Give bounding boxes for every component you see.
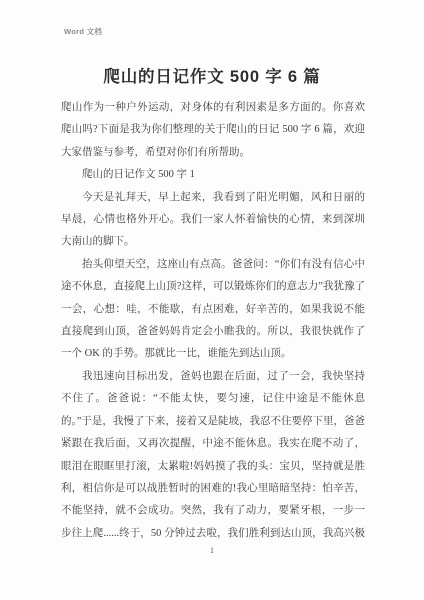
document-title: 爬山的日记作文 500 字 6 篇: [0, 63, 424, 87]
document-body: 爬山作为一种户外运动，对身体的有利因素是多方面的。你喜欢爬山吗?下面是我为你们整…: [61, 97, 365, 549]
document-paragraph: 爬山作为一种户外运动，对身体的有利因素是多方面的。你喜欢爬山吗?下面是我为你们整…: [61, 97, 365, 164]
word-document-label: Word 文档: [64, 26, 102, 37]
document-page: Word 文档 爬山的日记作文 500 字 6 篇 爬山作为一种户外运动，对身体…: [0, 0, 424, 600]
document-paragraph: 抬头仰望天空，这座山有点高。爸爸问：“你们有没有信心中途不休息，直接爬上山顶?这…: [61, 254, 365, 366]
page-number: 1: [0, 545, 424, 555]
document-paragraph: 我迅速向目标出发，爸妈也跟在后面，过了一会，我快坚持不住了。爸爸说：“不能太快，…: [61, 366, 365, 549]
document-paragraph: 今天是礼拜天，早上起来，我看到了阳光明媚，风和日丽的早晨，心情也格外开心。我们一…: [61, 187, 365, 254]
document-paragraph: 爬山的日记作文 500 字 1: [61, 164, 365, 186]
